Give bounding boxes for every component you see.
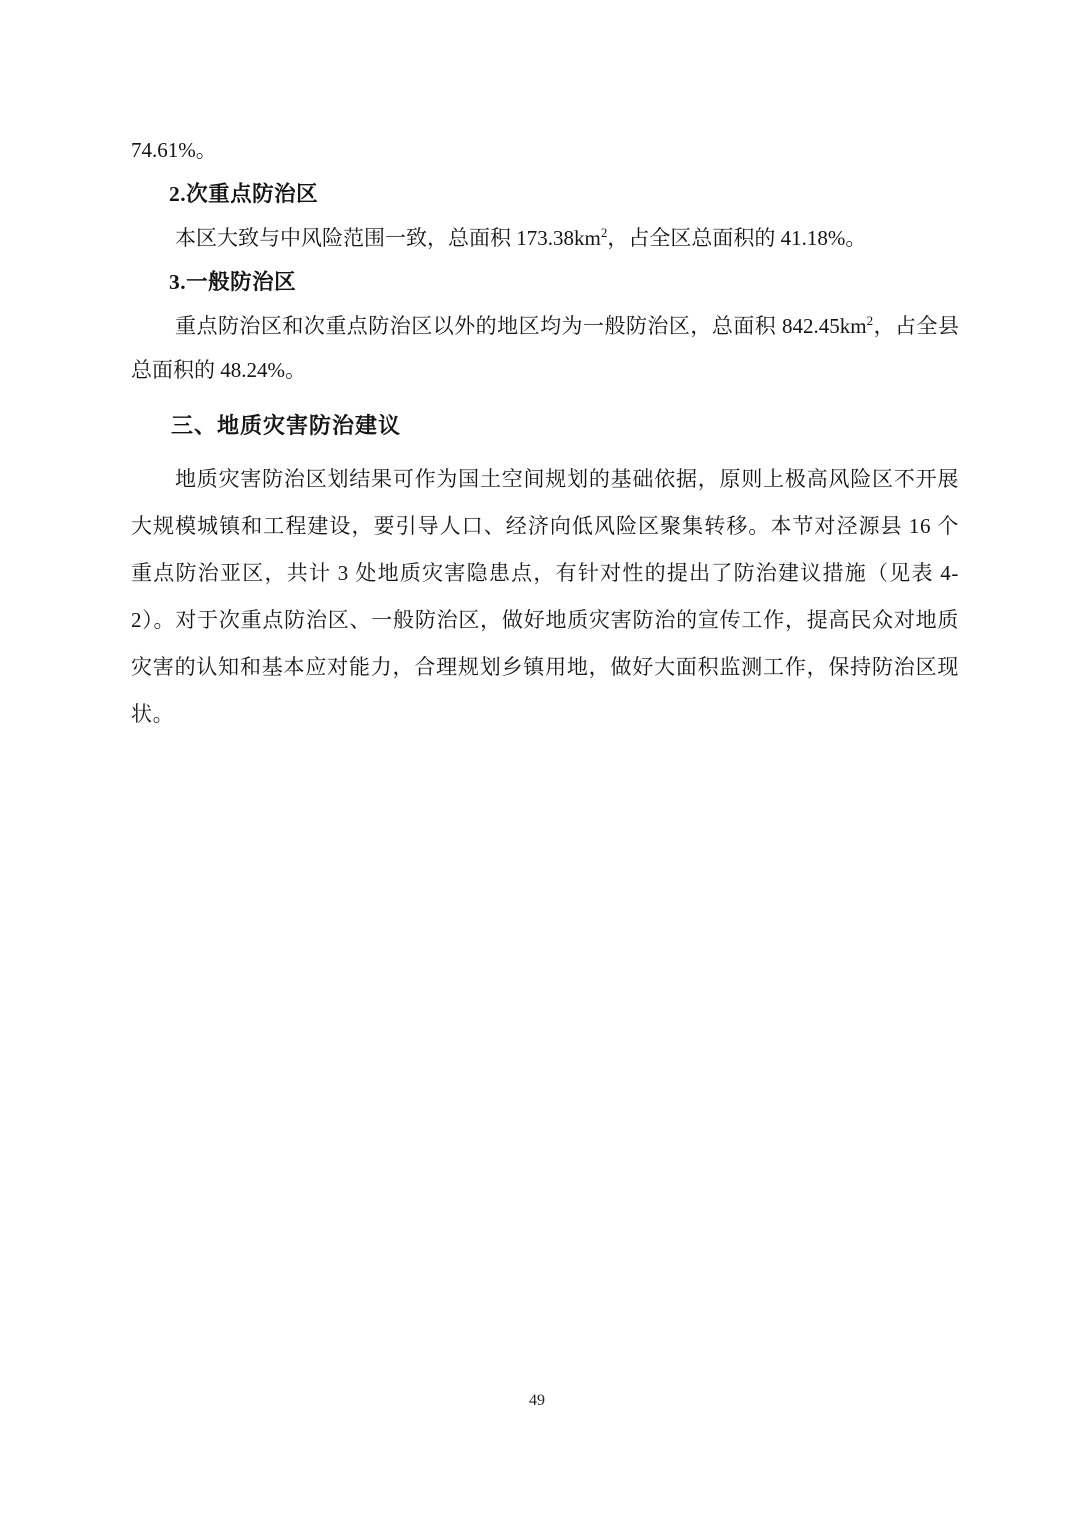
paragraph-general-prevention-zone: 重点防治区和次重点防治区以外的地区均为一般防治区，总面积 842.45km2，占… [131, 304, 959, 392]
paragraph-text-pre: 重点防治区和次重点防治区以外的地区均为一般防治区，总面积 842.45km [175, 314, 867, 338]
paragraph-prevention-advice: 地质灾害防治区划结果可作为国土空间规划的基础依据，原则上极高风险区不开展大规模城… [131, 456, 959, 738]
document-body: 74.61%。 2.次重点防治区 本区大致与中风险范围一致，总面积 173.38… [131, 128, 959, 738]
page-number: 49 [0, 1392, 1074, 1410]
paragraph-secondary-prevention-zone: 本区大致与中风险范围一致，总面积 173.38km2，占全区总面积的 41.18… [131, 216, 959, 260]
heading-prevention-advice: 三、地质灾害防治建议 [131, 404, 959, 448]
document-page: 74.61%。 2.次重点防治区 本区大致与中风险范围一致，总面积 173.38… [0, 0, 1074, 1520]
heading-secondary-prevention-zone: 2.次重点防治区 [131, 172, 959, 216]
heading-general-prevention-zone: 3.一般防治区 [131, 260, 959, 304]
paragraph-text-post: ，占全区总面积的 41.18%。 [607, 226, 866, 250]
paragraph-continuation: 74.61%。 [131, 128, 959, 172]
paragraph-text-pre: 本区大致与中风险范围一致，总面积 173.38km [175, 226, 601, 250]
